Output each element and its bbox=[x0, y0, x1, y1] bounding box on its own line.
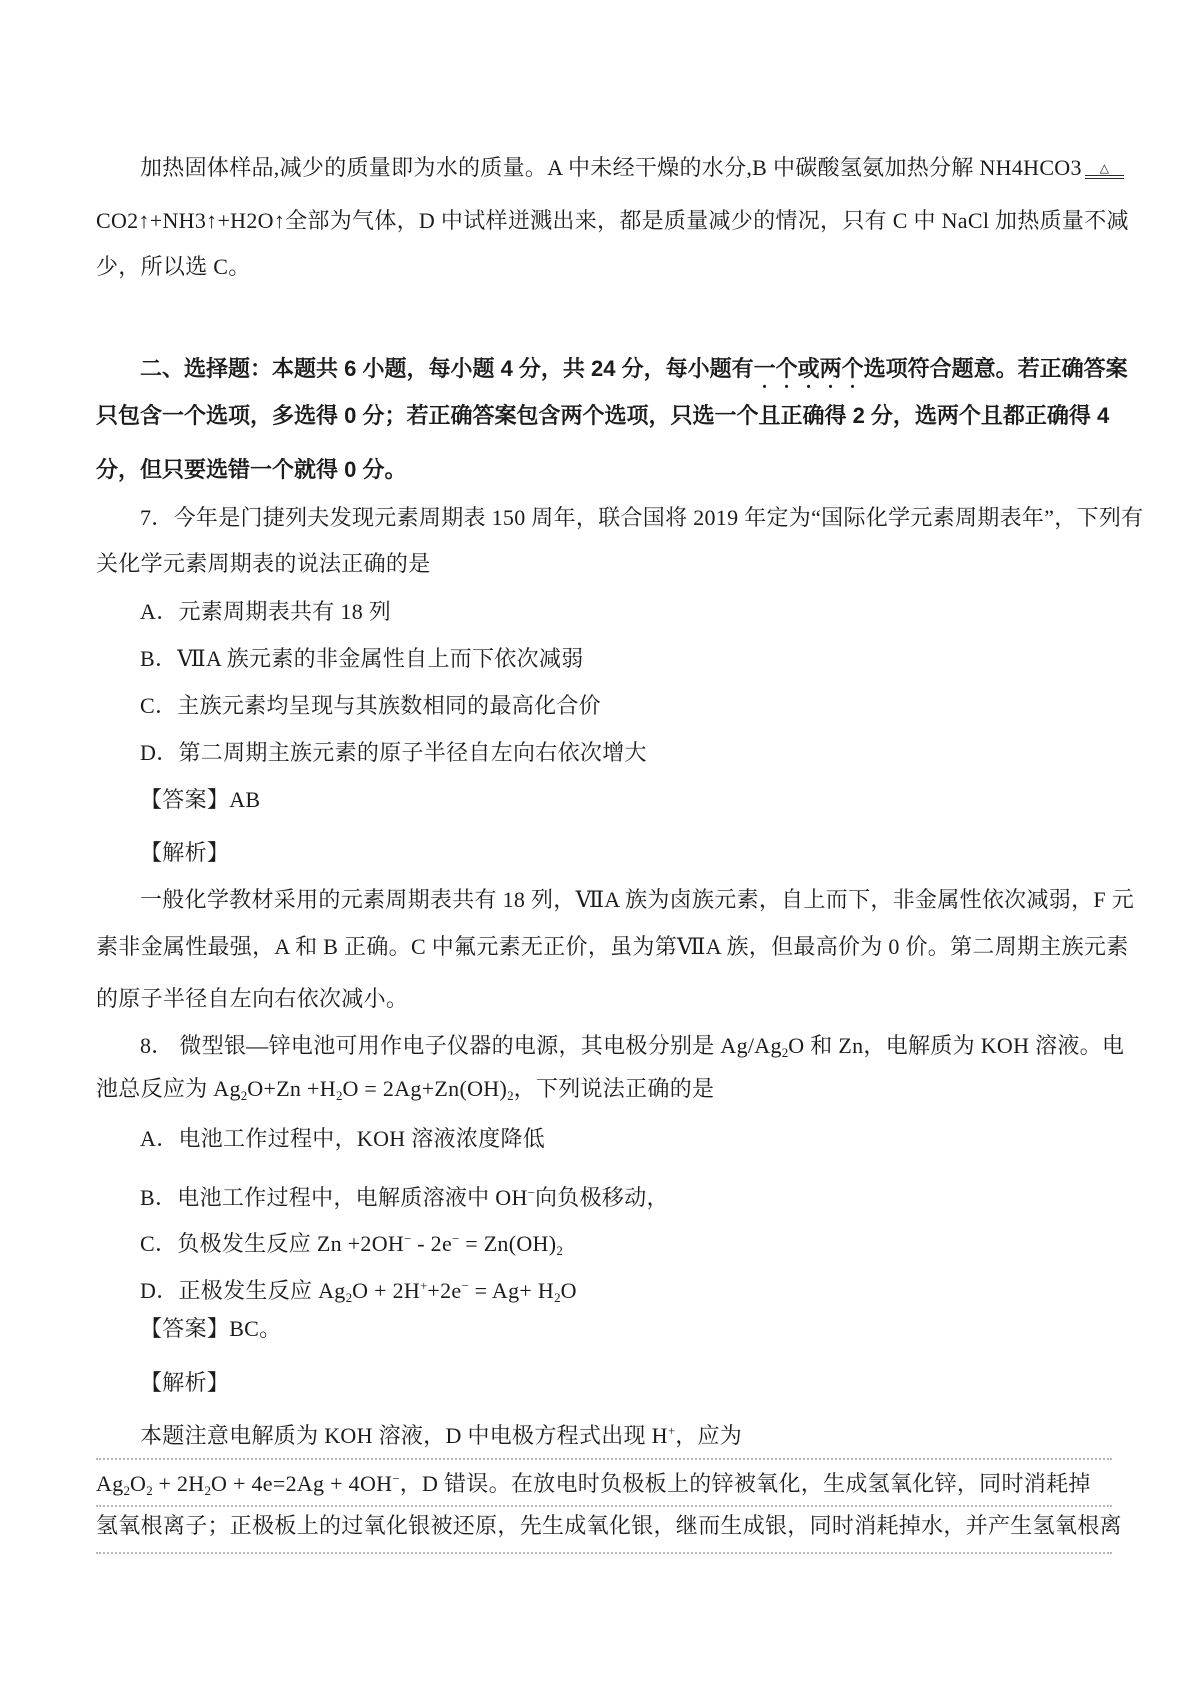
text-segment: 【解析】 bbox=[140, 840, 229, 865]
text-segment: ，下列说法正确的是 bbox=[514, 1076, 715, 1101]
section-2-heading-line-1: 二、选择题：本题共 6 小题，每小题 4 分，共 24 分，每小题有一个或两个选… bbox=[140, 354, 1128, 393]
text-segment: B．ⅦA 族元素的非金属性自上而下依次减弱 bbox=[140, 646, 584, 671]
text-segment: C．负极发生反应 Zn +2OH bbox=[140, 1231, 404, 1256]
text-segment: = Ag+ H bbox=[469, 1278, 554, 1303]
dotted-rule bbox=[96, 1458, 1112, 1460]
text-segment: 分，但只要选错一个就得 0 分。 bbox=[96, 457, 406, 482]
question-7-option-b: B．ⅦA 族元素的非金属性自上而下依次减弱 bbox=[140, 644, 584, 674]
question-8-stem-line-1: 8． 微型银—锌电池可用作电子仪器的电源，其电极分别是 Ag/Ag2O 和 Zn… bbox=[140, 1031, 1124, 1068]
dotted-rule bbox=[96, 1505, 1112, 1507]
dotted-rule bbox=[96, 1552, 1112, 1554]
text-segment: 【答案】BC。 bbox=[140, 1316, 281, 1341]
question-7-stem-line-1: 7．今年是门捷列夫发现元素周期表 150 周年，联合国将 2019 年定为“国际… bbox=[140, 503, 1143, 533]
text-segment: - 2e bbox=[411, 1231, 452, 1256]
question-7-option-c: C．主族元素均呈现与其族数相同的最高化合价 bbox=[140, 691, 601, 721]
document-page: 加热固体样品,减少的质量即为水的质量。A 中未经干燥的水分,B 中碳酸氢氨加热分… bbox=[0, 0, 1200, 1698]
text-segment: 的原子半径自左向右依次减小。 bbox=[96, 986, 408, 1011]
text-segment: B．电池工作过程中，电解质溶液中 OH bbox=[140, 1185, 528, 1210]
prev-answer-explanation-line-1: 加热固体样品,减少的质量即为水的质量。A 中未经干燥的水分,B 中碳酸氢氨加热分… bbox=[140, 153, 1124, 183]
superscript-text: − bbox=[392, 1471, 399, 1486]
question-7-analysis-line-1: 一般化学教材采用的元素周期表共有 18 列，ⅦA 族为卤族元素，自上而下，非金属… bbox=[140, 885, 1134, 915]
text-segment: ，D 错误。在放电时负极板上的锌被氧化，生成氢氧化锌，同时消耗掉 bbox=[400, 1471, 1091, 1496]
question-8-option-a: A．电池工作过程中，KOH 溶液浓度降低 bbox=[140, 1124, 545, 1154]
text-segment: 【答案】AB bbox=[140, 787, 260, 812]
superscript-text: − bbox=[461, 1278, 468, 1293]
question-8-answer: 【答案】BC。 bbox=[140, 1314, 281, 1344]
text-segment: 少，所以选 C。 bbox=[96, 254, 251, 279]
text-segment: 素非金属性最强，A 和 B 正确。C 中氟元素无正价，虽为第ⅦA 族，但最高价为… bbox=[96, 934, 1129, 959]
section-2-heading-line-2: 只包含一个选项，多选得 0 分；若正确答案包含两个选项，只选一个且正确得 2 分… bbox=[96, 401, 1109, 431]
text-segment: O bbox=[561, 1278, 577, 1303]
text-segment: 氢氧根离子；正极板上的过氧化银被还原，先生成氧化银，继而生成银，同时消耗掉水，并… bbox=[96, 1513, 1122, 1538]
text-segment: 二、选择题：本题共 6 小题，每小题 4 分，共 24 分，每小题有 bbox=[140, 356, 754, 381]
text-segment: C．主族元素均呈现与其族数相同的最高化合价 bbox=[140, 693, 601, 718]
question-7-analysis-label: 【解析】 bbox=[140, 838, 229, 868]
text-segment: CO2↑+NH3↑+H2O↑全部为气体，D 中试样迸溅出来，都是质量减少的情况，… bbox=[96, 208, 1129, 233]
question-7-analysis-line-3: 的原子半径自左向右依次减小。 bbox=[96, 984, 408, 1014]
superscript-text: − bbox=[528, 1185, 535, 1200]
text-segment: 只包含一个选项，多选得 0 分；若正确答案包含两个选项，只选一个且正确得 2 分… bbox=[96, 403, 1109, 428]
text-segment: O 和 Zn，电解质为 KOH 溶液。电 bbox=[788, 1033, 1124, 1058]
question-8-stem-line-2: 池总反应为 Ag2O+Zn +H2O = 2Ag+Zn(OH)2，下列说法正确的… bbox=[96, 1074, 714, 1111]
text-segment: O = 2Ag+Zn(OH) bbox=[342, 1076, 507, 1101]
question-8-analysis-label: 【解析】 bbox=[140, 1368, 229, 1398]
text-segment: 池总反应为 Ag bbox=[96, 1076, 241, 1101]
text-segment: A．电池工作过程中，KOH 溶液浓度降低 bbox=[140, 1126, 545, 1151]
question-7-option-d: D．第二周期主族元素的原子半径自左向右依次增大 bbox=[140, 738, 647, 768]
text-segment: 【解析】 bbox=[140, 1370, 229, 1395]
question-8-analysis-line-1: 本题注意电解质为 KOH 溶液，D 中电极方程式出现 H+，应为 bbox=[140, 1416, 742, 1451]
text-segment: +2e bbox=[427, 1278, 461, 1303]
question-8-option-b: B．电池工作过程中，电解质溶液中 OH−向负极移动， bbox=[140, 1178, 669, 1213]
text-segment: 本题注意电解质为 KOH 溶液，D 中电极方程式出现 H bbox=[140, 1423, 668, 1448]
question-7-stem-line-2: 关化学元素周期表的说法正确的是 bbox=[96, 549, 431, 579]
text-segment: D．正极发生反应 Ag bbox=[140, 1278, 346, 1303]
text-segment: O+Zn +H bbox=[247, 1076, 336, 1101]
question-8-option-d: D．正极发生反应 Ag2O + 2H++2e− = Ag+ H2O bbox=[140, 1271, 577, 1313]
emphasis-dotted-text: 一个或两个 bbox=[754, 356, 864, 381]
text-segment: = Zn(OH) bbox=[459, 1231, 556, 1256]
text-segment: D．第二周期主族元素的原子半径自左向右依次增大 bbox=[140, 740, 647, 765]
text-segment: Ag bbox=[96, 1471, 124, 1496]
text-segment: O bbox=[130, 1471, 146, 1496]
text-segment: 加热固体样品,减少的质量即为水的质量。A 中未经干燥的水分,B 中碳酸氢氨加热分… bbox=[140, 155, 1082, 180]
heated-reaction-equals-icon: △ bbox=[1085, 163, 1124, 179]
text-segment: 关化学元素周期表的说法正确的是 bbox=[96, 551, 431, 576]
question-7-option-a: A．元素周期表共有 18 列 bbox=[140, 597, 391, 627]
prev-answer-explanation-line-2: CO2↑+NH3↑+H2O↑全部为气体，D 中试样迸溅出来，都是质量减少的情况，… bbox=[96, 206, 1129, 236]
question-7-answer: 【答案】AB bbox=[140, 785, 260, 815]
text-segment: 8． 微型银—锌电池可用作电子仪器的电源，其电极分别是 Ag/Ag bbox=[140, 1033, 782, 1058]
text-segment: 7．今年是门捷列夫发现元素周期表 150 周年，联合国将 2019 年定为“国际… bbox=[140, 505, 1143, 530]
subscript-text: 2 bbox=[556, 1243, 563, 1258]
question-8-analysis-line-3: 氢氧根离子；正极板上的过氧化银被还原，先生成氧化银，继而生成银，同时消耗掉水，并… bbox=[96, 1511, 1122, 1541]
text-segment: 向负极移动， bbox=[535, 1185, 669, 1210]
question-8-analysis-line-2: Ag2O2 + 2H2O + 4e=2Ag + 4OH−，D 错误。在放电时负极… bbox=[96, 1464, 1091, 1506]
section-2-heading-line-3: 分，但只要选错一个就得 0 分。 bbox=[96, 455, 406, 485]
text-segment: O + 4e=2Ag + 4OH bbox=[211, 1471, 392, 1496]
question-8-option-c: C．负极发生反应 Zn +2OH− - 2e− = Zn(OH)2 bbox=[140, 1224, 563, 1266]
text-segment: ，应为 bbox=[675, 1423, 742, 1448]
prev-answer-explanation-line-3: 少，所以选 C。 bbox=[96, 252, 251, 282]
text-segment: 一般化学教材采用的元素周期表共有 18 列，ⅦA 族为卤族元素，自上而下，非金属… bbox=[140, 887, 1134, 912]
text-segment: A．元素周期表共有 18 列 bbox=[140, 599, 391, 624]
question-7-analysis-line-2: 素非金属性最强，A 和 B 正确。C 中氟元素无正价，虽为第ⅦA 族，但最高价为… bbox=[96, 932, 1129, 962]
text-segment: 选项符合题意。若正确答案 bbox=[864, 356, 1128, 381]
text-segment: + 2H bbox=[153, 1471, 205, 1496]
text-segment: O + 2H bbox=[352, 1278, 420, 1303]
